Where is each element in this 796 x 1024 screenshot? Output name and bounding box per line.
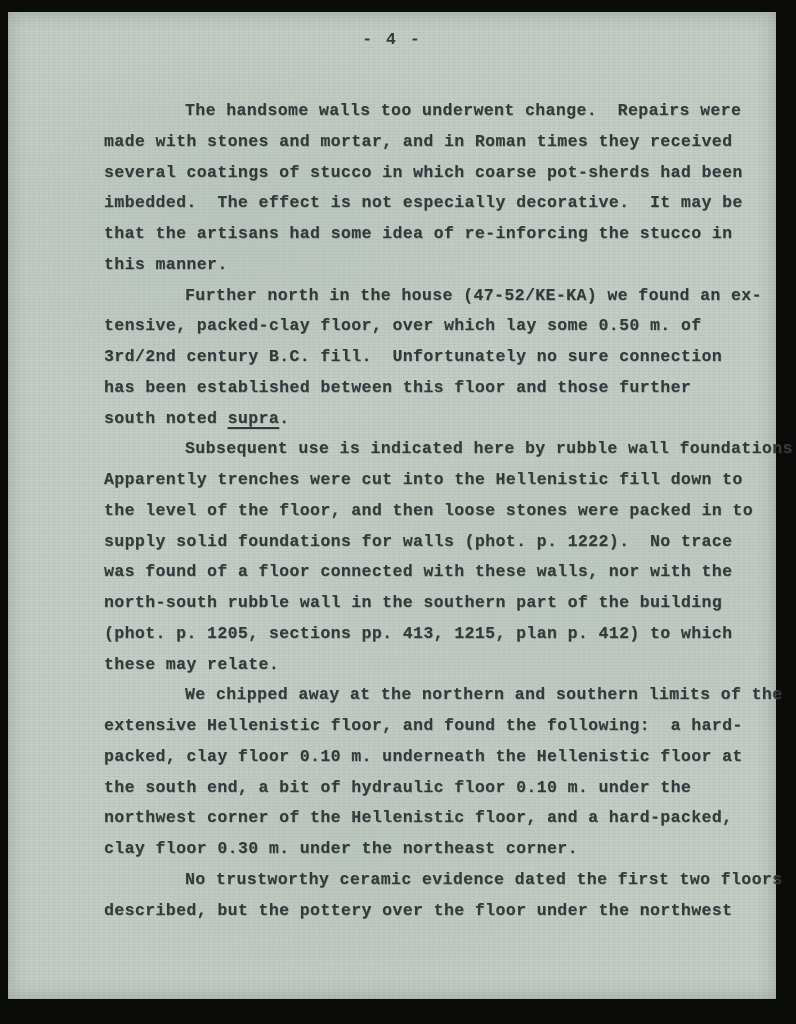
- text-line: the south end, a bit of hydraulic floor …: [104, 773, 750, 804]
- text-line: clay floor 0.30 m. under the northeast c…: [104, 834, 750, 865]
- page-number: - 4 -: [8, 30, 776, 49]
- text-line: We chipped away at the northern and sout…: [104, 680, 750, 711]
- text-line: that the artisans had some idea of re-in…: [104, 219, 750, 250]
- text-line: Subsequent use is indicated here by rubb…: [104, 434, 750, 465]
- text-line: The handsome walls too underwent change.…: [104, 96, 750, 127]
- text-line: several coatings of stucco in which coar…: [104, 158, 750, 189]
- text-line: northwest corner of the Hellenistic floo…: [104, 803, 750, 834]
- text-line: extensive Hellenistic floor, and found t…: [104, 711, 750, 742]
- scanned-document: - 4 - The handsome walls too underwent c…: [0, 0, 796, 1024]
- text-line: south noted supra.: [104, 404, 750, 435]
- text-line: supply solid foundations for walls (phot…: [104, 527, 750, 558]
- document-body: The handsome walls too underwent change.…: [104, 96, 750, 926]
- text-line: No trustworthy ceramic evidence dated th…: [104, 865, 750, 896]
- text-line: was found of a floor connected with thes…: [104, 557, 750, 588]
- text-line: 3rd/2nd century B.C. fill. Unfortunately…: [104, 342, 750, 373]
- text-line: these may relate.: [104, 650, 750, 681]
- text-line: has been established between this floor …: [104, 373, 750, 404]
- text-line: made with stones and mortar, and in Roma…: [104, 127, 750, 158]
- document-page: - 4 - The handsome walls too underwent c…: [8, 12, 776, 999]
- text-line: tensive, packed-clay floor, over which l…: [104, 311, 750, 342]
- text-line: Further north in the house (47-52/KE-KA)…: [104, 281, 750, 312]
- text-line: Apparently trenches were cut into the He…: [104, 465, 750, 496]
- text-line: described, but the pottery over the floo…: [104, 896, 750, 927]
- text-line: packed, clay floor 0.10 m. underneath th…: [104, 742, 750, 773]
- text-line: this manner.: [104, 250, 750, 281]
- text-line: imbedded. The effect is not especially d…: [104, 188, 750, 219]
- text-line: the level of the floor, and then loose s…: [104, 496, 750, 527]
- text-line: north-south rubble wall in the southern …: [104, 588, 750, 619]
- text-line: (phot. p. 1205, sections pp. 413, 1215, …: [104, 619, 750, 650]
